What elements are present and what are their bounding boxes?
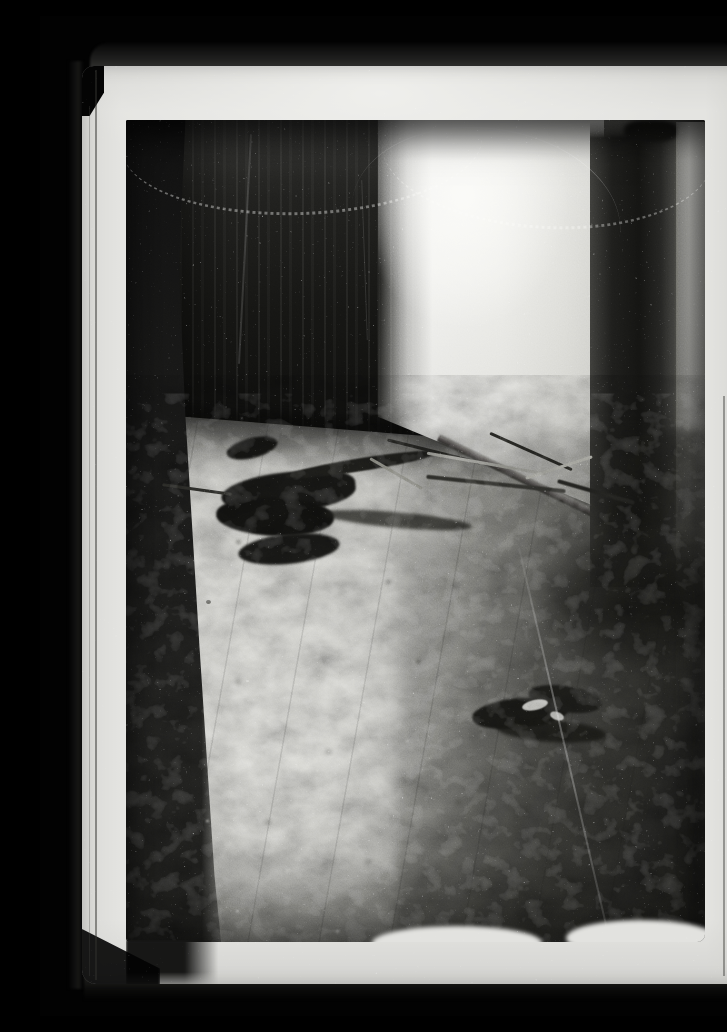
photo-scan	[40, 16, 727, 1016]
plate-frame-left-edge	[68, 61, 83, 989]
photo-paper	[82, 66, 727, 984]
paper-speckle-overlay	[82, 66, 727, 984]
